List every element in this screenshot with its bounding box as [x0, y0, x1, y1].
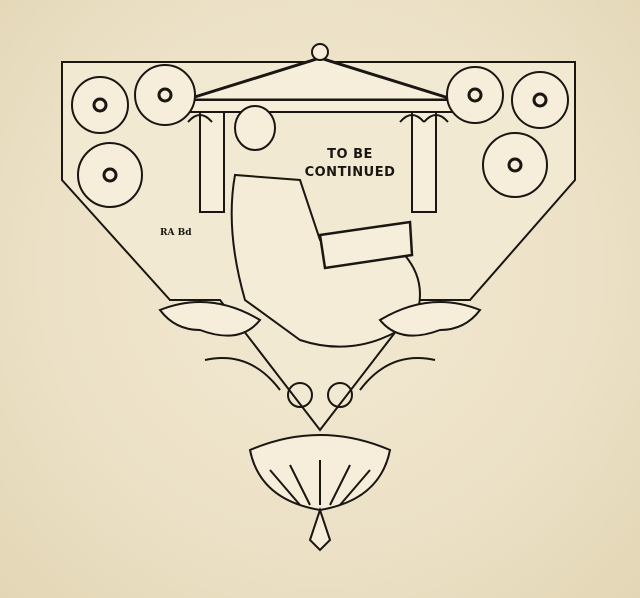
artist-monogram: RA Bd: [160, 228, 192, 238]
ornament-drawing: [0, 0, 640, 598]
caption-text: TO BE CONTINUED: [300, 146, 400, 182]
caption-line-2: CONTINUED: [300, 164, 400, 182]
caption-line-1: TO BE: [300, 146, 400, 164]
